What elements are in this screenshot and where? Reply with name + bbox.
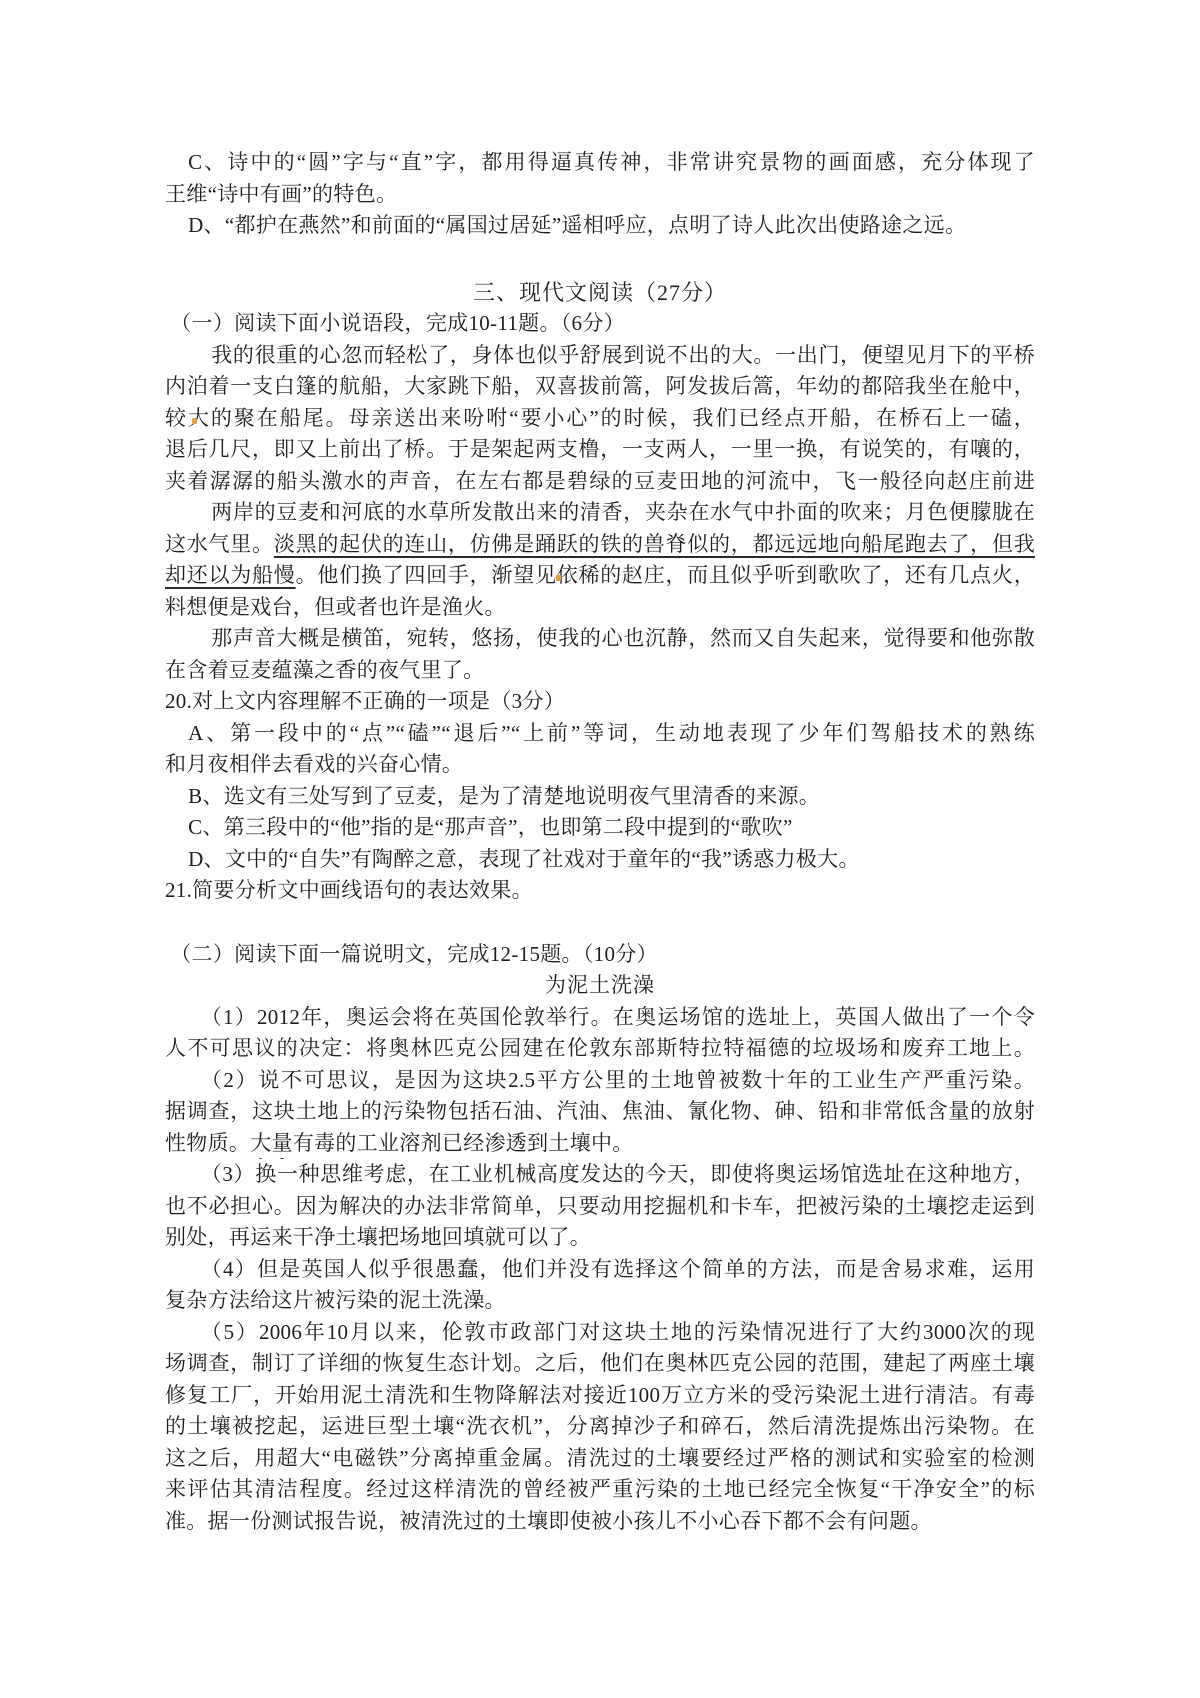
text-segment: （3）换一种思维考虑，在工业机械高度发达的今天，即使将奥运场馆选址在这种地方， — [201, 1162, 1035, 1186]
text-segment: 人不可思议的决定：将奥林匹克公园建在伦敦东部斯特拉特福德的垃圾场和废弃工地上。 — [165, 1036, 1035, 1060]
proofing-mark — [556, 575, 561, 581]
option-c-line-1: C、诗中的“圆”字与“直”字，都用得逼真传神，非常讲究景物的画面感，充分体现了 — [165, 147, 1035, 179]
passage1-line: 那声音大概是横笛，宛转，悠扬，使我的心也沉静，然而又自失起来，觉得要和他弥散 — [165, 623, 1035, 655]
text-segment: （一）阅读下面小说语段，完成10-11题。（6分） — [170, 311, 625, 335]
question-21-stem: 21.简要分析文中画线语句的表达效果。 — [165, 875, 1035, 907]
text-segment: 我的很重的心忽而轻松了，身体也似乎舒展到说不出的大。一出门，便望见月下的平桥 — [211, 343, 1035, 367]
passage2-line: 据调查，这块土地上的污染物包括石油、汽油、焦油、氰化物、砷、铅和非常低含量的放射 — [165, 1096, 1035, 1128]
passage2-line: （1）2012年，奥运会将在英国伦敦举行。在奥运场馆的选址上，英国人做出了一个令 — [165, 1002, 1035, 1034]
emphasis-dotted-text: 大量 — [250, 1128, 293, 1160]
text-segment: 有毒的工业溶剂已经渗透到土壤中。 — [293, 1131, 634, 1155]
text-segment: （1）2012年，奥运会将在英国伦敦举行。在奥运场馆的选址上，英国人做出了一个令 — [201, 1005, 1035, 1029]
blank-gap — [165, 242, 1035, 277]
text-segment: D、“都护在燕然”和前面的“属国过居延”遥相呼应，点明了诗人此次出使路途之远。 — [188, 213, 966, 237]
passage2-line: 准。据一份测试报告说，被清洗过的土壤即使被小孩儿不小心吞下都不会有问题。 — [165, 1506, 1035, 1538]
text-segment: 。他们换了四回手，渐望见依稀的赵庄，而且似乎听到歌吹了，还有几点火， — [296, 563, 1035, 587]
text-segment: 来评估其清洁程度。经过这样清洗的曾经被严重污染的土地已经完全恢复“干净安全”的标 — [165, 1477, 1035, 1501]
text-segment: 退后几尺，即又上前出了桥。于是架起两支橹，一支两人，一里一换，有说笑的，有嚷的， — [165, 437, 1035, 461]
passage2-line: 人不可思议的决定：将奥林匹克公园建在伦敦东部斯特拉特福德的垃圾场和废弃工地上。 — [165, 1033, 1035, 1065]
text-segment: 修复工厂，开始用泥土清洗和生物降解法对接近100万立方米的受污染泥土进行清洁。有… — [165, 1383, 1035, 1407]
passage2-line: 来评估其清洁程度。经过这样清洗的曾经被严重污染的土地已经完全恢复“干净安全”的标 — [165, 1474, 1035, 1506]
passage1-line: 退后几尺，即又上前出了桥。于是架起两支橹，一支两人，一里一换，有说笑的，有嚷的， — [165, 434, 1035, 466]
passage1-underlined-line: 却还以为船慢。他们换了四回手，渐望见依稀的赵庄，而且似乎听到歌吹了，还有几点火， — [165, 560, 1035, 592]
passage2-emphasis-line: 性物质。大量有毒的工业溶剂已经渗透到土壤中。 — [165, 1128, 1035, 1160]
text-segment: （二）阅读下面一篇说明文，完成12-15题。（10分） — [170, 942, 658, 966]
text-segment: D、文中的“自失”有陶醉之意，表现了社戏对于童年的“我”诱惑力极大。 — [188, 847, 860, 871]
proofing-mark — [192, 418, 197, 424]
text-segment: 那声音大概是横笛，宛转，悠扬，使我的心也沉静，然而又自失起来，觉得要和他弥散 — [211, 626, 1035, 650]
passage1-line: 料想便是戏台，但或者也许是渔火。 — [165, 592, 1035, 624]
passage2-line: 的土壤被挖起，运进巨型土壤“洗衣机”，分离掉沙子和碎石，然后清洗提炼出污染物。在 — [165, 1411, 1035, 1443]
option-d-line: D、“都护在燕然”和前面的“属国过居延”遥相呼应，点明了诗人此次出使路途之远。 — [165, 210, 1035, 242]
text-segment: 和月夜相伴去看戏的兴奋心情。 — [165, 752, 463, 776]
text-segment: 较大的聚在船尾。母亲送出来吩咐“要小心”的时候，我们已经点开船，在桥石上一磕， — [165, 406, 1035, 430]
passage2-line: 别处，再运来干净土壤把场地回填就可以了。 — [165, 1222, 1035, 1254]
text-segment: 也不必担心。因为解决的办法非常简单，只要动用挖掘机和卡车，把被污染的土壤挖走运到 — [165, 1194, 1035, 1218]
text-segment: 在含着豆麦蕴藻之香的夜气里了。 — [165, 658, 485, 682]
passage1-line: 夹着潺潺的船头激水的声音，在左右都是碧绿的豆麦田地的河流中，飞一般径向赵庄前进了… — [165, 466, 1035, 498]
passage2-title: 为泥土洗澡 — [165, 970, 1035, 1002]
section-heading: 三、现代文阅读（27分） — [165, 277, 1035, 309]
question-20-option-a: 和月夜相伴去看戏的兴奋心情。 — [165, 749, 1035, 781]
question-20-option-a: A、第一段中的“点”“磕”“退后”“上前”等词，生动地表现了少年们驾船技术的熟练 — [165, 718, 1035, 750]
text-segment: （5）2006年10月以来，伦敦市政部门对这块土地的污染情况进行了大约3000次… — [201, 1320, 1035, 1344]
exam-text-column: C、诗中的“圆”字与“直”字，都用得逼真传神，非常讲究景物的画面感，充分体现了王… — [165, 147, 1035, 1537]
passage2-line: 场调查，制订了详细的恢复生态计划。之后，他们在奥林匹克公园的范围，建起了两座土壤 — [165, 1348, 1035, 1380]
passage1-line: 在含着豆麦蕴藻之香的夜气里了。 — [165, 655, 1035, 687]
passage2-line: 这之后，用超大“电磁铁”分离掉重金属。清洗过的土壤要经过严格的测试和实验室的检测 — [165, 1443, 1035, 1475]
blank-gap — [165, 907, 1035, 939]
text-segment: 性物质。 — [165, 1131, 250, 1155]
text-segment: 这水气里。 — [165, 532, 274, 556]
question-20-option-c: C、第三段中的“他”指的是“那声音”，也即第二段中提到的“歌吹” — [165, 812, 1035, 844]
passage2-line: 复杂方法给这片被污染的泥土洗澡。 — [165, 1285, 1035, 1317]
text-segment: 两岸的豆麦和河底的水草所发散出来的清香，夹杂在水气中扑面的吹来；月色便朦胧在 — [211, 500, 1035, 524]
passage1-line: 较大的聚在船尾。母亲送出来吩咐“要小心”的时候，我们已经点开船，在桥石上一磕， — [165, 403, 1035, 435]
text-segment: （2）说不可思议，是因为这块2.5平方公里的土地曾被数十年的工业生产严重污染。 — [201, 1068, 1035, 1092]
text-segment: （4）但是英国人似乎很愚蠢，他们并没有选择这个简单的方法，而是舍易求难，运用 — [201, 1257, 1035, 1281]
passage2-line: 也不必担心。因为解决的办法非常简单，只要动用挖掘机和卡车，把被污染的土壤挖走运到 — [165, 1191, 1035, 1223]
passage2-line: （2）说不可思议，是因为这块2.5平方公里的土地曾被数十年的工业生产严重污染。 — [165, 1065, 1035, 1097]
passage1-line: 内泊着一支白篷的航船，大家跳下船，双喜拔前篙，阿发拔后篙，年幼的都陪我坐在舱中， — [165, 371, 1035, 403]
passage1-underlined-line: 这水气里。淡黑的起伏的连山，仿佛是踊跃的铁的兽脊似的，都远远地向船尾跑去了，但我 — [165, 529, 1035, 561]
text-segment: B、选文有三处写到了豆麦，是为了清楚地说明夜气里清香的来源。 — [188, 784, 820, 808]
passage1-line: 两岸的豆麦和河底的水草所发散出来的清香，夹杂在水气中扑面的吹来；月色便朦胧在 — [165, 497, 1035, 529]
question-20-option-d: D、文中的“自失”有陶醉之意，表现了社戏对于童年的“我”诱惑力极大。 — [165, 844, 1035, 876]
text-segment: 料想便是戏台，但或者也许是渔火。 — [165, 595, 506, 619]
passage2-line: （4）但是英国人似乎很愚蠢，他们并没有选择这个简单的方法，而是舍易求难，运用 — [165, 1254, 1035, 1286]
text-segment: 王维“诗中有画”的特色。 — [165, 182, 397, 206]
part-two-instruction: （二）阅读下面一篇说明文，完成12-15题。（10分） — [165, 939, 1035, 971]
option-c-line-2: 王维“诗中有画”的特色。 — [165, 179, 1035, 211]
text-segment: 21.简要分析文中画线语句的表达效果。 — [165, 878, 533, 902]
passage2-line: （3）换一种思维考虑，在工业机械高度发达的今天，即使将奥运场馆选址在这种地方， — [165, 1159, 1035, 1191]
text-segment: 为泥土洗澡 — [545, 973, 655, 997]
question-20-option-b: B、选文有三处写到了豆麦，是为了清楚地说明夜气里清香的来源。 — [165, 781, 1035, 813]
text-segment: 的土壤被挖起，运进巨型土壤“洗衣机”，分离掉沙子和碎石，然后清洗提炼出污染物。在 — [165, 1414, 1035, 1438]
question-20-stem: 20.对上文内容理解不正确的一项是（3分） — [165, 686, 1035, 718]
text-segment: 这之后，用超大“电磁铁”分离掉重金属。清洗过的土壤要经过严格的测试和实验室的检测 — [165, 1446, 1035, 1470]
underlined-text: 却还以为船慢 — [165, 563, 296, 587]
passage2-line: （5）2006年10月以来，伦敦市政部门对这块土地的污染情况进行了大约3000次… — [165, 1317, 1035, 1349]
text-segment: 复杂方法给这片被污染的泥土洗澡。 — [165, 1288, 506, 1312]
text-segment: 据调查，这块土地上的污染物包括石油、汽油、焦油、氰化物、砷、铅和非常低含量的放射 — [165, 1099, 1035, 1123]
text-segment: 夹着潺潺的船头激水的声音，在左右都是碧绿的豆麦田地的河流中，飞一般径向赵庄前进了… — [165, 469, 1035, 498]
text-segment: 场调查，制订了详细的恢复生态计划。之后，他们在奥林匹克公园的范围，建起了两座土壤 — [165, 1351, 1035, 1375]
text-segment: A、第一段中的“点”“磕”“退后”“上前”等词，生动地表现了少年们驾船技术的熟练 — [188, 721, 1035, 745]
part-one-instruction: （一）阅读下面小说语段，完成10-11题。（6分） — [165, 308, 1035, 340]
passage1-line: 我的很重的心忽而轻松了，身体也似乎舒展到说不出的大。一出门，便望见月下的平桥 — [165, 340, 1035, 372]
text-segment: C、诗中的“圆”字与“直”字，都用得逼真传神，非常讲究景物的画面感，充分体现了 — [188, 150, 1035, 174]
exam-paper-page: C、诗中的“圆”字与“直”字，都用得逼真传神，非常讲究景物的画面感，充分体现了王… — [0, 0, 1200, 1698]
text-segment: 准。据一份测试报告说，被清洗过的土壤即使被小孩儿不小心吞下都不会有问题。 — [165, 1509, 932, 1533]
text-segment: 20.对上文内容理解不正确的一项是（3分） — [165, 689, 565, 713]
text-segment: 三、现代文阅读（27分） — [473, 280, 727, 305]
underlined-text: 淡黑的起伏的连山，仿佛是踊跃的铁的兽脊似的，都远远地向船尾跑去了，但我 — [274, 532, 1035, 556]
text-segment: 内泊着一支白篷的航船，大家跳下船，双喜拔前篙，阿发拔后篙，年幼的都陪我坐在舱中， — [165, 374, 1035, 398]
text-segment: C、第三段中的“他”指的是“那声音”，也即第二段中提到的“歌吹” — [188, 815, 793, 839]
text-segment: 别处，再运来干净土壤把场地回填就可以了。 — [165, 1225, 591, 1249]
passage2-line: 修复工厂，开始用泥土清洗和生物降解法对接近100万立方米的受污染泥土进行清洁。有… — [165, 1380, 1035, 1412]
